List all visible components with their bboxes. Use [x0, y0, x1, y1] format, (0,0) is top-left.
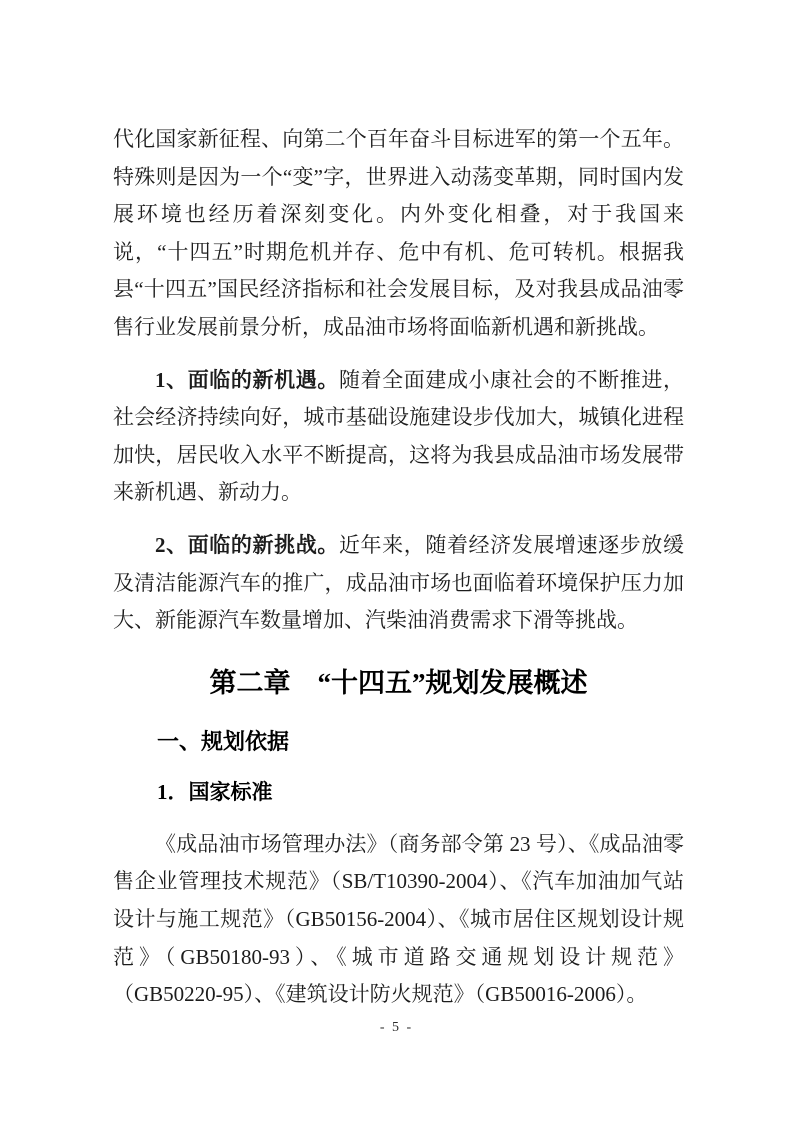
- item-opportunity-lead: 1、面临的新机遇。: [155, 368, 339, 392]
- paragraph-standards-list: 《成品油市场管理办法》（商务部令第 23 号）、《成品油零售企业管理技术规范》（…: [113, 826, 684, 1014]
- paragraph-new-opportunities: 1、面临的新机遇。随着全面建成小康社会的不断推进，社会经济持续向好，城市基础设施…: [113, 362, 684, 512]
- section-title-planning-basis: 一、规划依据: [113, 723, 684, 761]
- chapter-title: 第二章 “十四五”规划发展概述: [113, 663, 684, 703]
- subsection-title-national-standards: 1．国家标准: [113, 773, 684, 811]
- page-number: - 5 -: [0, 1020, 793, 1036]
- item-challenge-lead: 2、面临的新挑战。: [155, 533, 339, 557]
- document-page: 代化国家新征程、向第二个百年奋斗目标进军的第一个五年。特殊则是因为一个“变”字，…: [0, 0, 793, 1122]
- page-content: 代化国家新征程、向第二个百年奋斗目标进军的第一个五年。特殊则是因为一个“变”字，…: [0, 0, 793, 1014]
- paragraph-continuation: 代化国家新征程、向第二个百年奋斗目标进军的第一个五年。特殊则是因为一个“变”字，…: [113, 121, 684, 347]
- paragraph-new-challenges: 2、面临的新挑战。近年来，随着经济发展增速逐步放缓及清洁能源汽车的推广，成品油市…: [113, 527, 684, 640]
